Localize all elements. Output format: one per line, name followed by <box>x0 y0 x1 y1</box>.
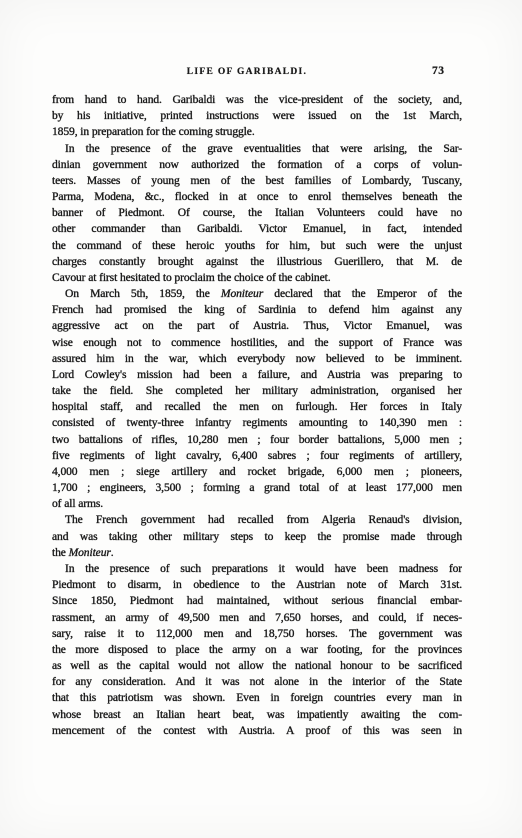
text-line: In the presence of the grave eventualiti… <box>52 141 462 157</box>
text-line: five regiments of light cavalry, 6,400 s… <box>52 448 462 464</box>
text-line: other commander than Garibaldi. Victor E… <box>52 221 462 237</box>
text-line: Lord Cowley's mission had been a failure… <box>52 367 462 383</box>
text-line: that this patriotism was shown. Even in … <box>52 690 462 706</box>
text-line: rassment, an army of 49,500 men and 7,65… <box>52 610 462 626</box>
text-line: 1,700 ; engineers, 3,500 ; forming a gra… <box>52 480 462 496</box>
text-line: teers. Masses of young men of the best f… <box>52 173 462 189</box>
text-line: The French government had recalled from … <box>52 512 462 528</box>
text-line: consisted of twenty-three infantry regim… <box>52 415 462 431</box>
text-line: assured him in the war, which everybody … <box>52 351 462 367</box>
page-body-text: from hand to hand. Garibaldi was the vic… <box>52 92 462 739</box>
text-line: wise enough not to commence hostilities,… <box>52 335 462 351</box>
text-line: whose breast an Italian heart beat, was … <box>52 707 462 723</box>
text-line: and was taking other military steps to k… <box>52 529 462 545</box>
text-line: hospital staff, and recalled the men on … <box>52 399 462 415</box>
text-line: mencement of the contest with Austria. A… <box>52 723 462 739</box>
text-line: 4,000 men ; siege artillery and rocket b… <box>52 464 462 480</box>
text-line: banner of Piedmont. Of course, the Itali… <box>52 205 462 221</box>
text-line: Cavour at first hesitated to proclaim th… <box>52 270 462 286</box>
text-line: by his initiative, printed instructions … <box>52 108 462 124</box>
text-line: the Moniteur. <box>52 545 462 561</box>
text-line: take the field. She completed her milita… <box>52 383 462 399</box>
text-line: from hand to hand. Garibaldi was the vic… <box>52 92 462 108</box>
text-line: sary, raise it to 112,000 men and 18,750… <box>52 626 462 642</box>
page-header-title: LIFE OF GARIBALDI. <box>42 67 452 77</box>
text-line: 1859, in preparation for the coming stru… <box>52 124 462 140</box>
text-line: Parma, Modena, &c., flocked in at once t… <box>52 189 462 205</box>
text-line: dinian government now authorized the for… <box>52 157 462 173</box>
running-header: LIFE OF GARIBALDI. <box>52 67 462 81</box>
text-line: the command of these heroic youths for h… <box>52 238 462 254</box>
text-line: French had promised the king of Sardinia… <box>52 302 462 318</box>
book-page: LIFE OF GARIBALDI. 73 from hand to hand.… <box>0 0 522 838</box>
text-line: charges constantly brought against the i… <box>52 254 462 270</box>
page-number: 73 <box>432 65 445 77</box>
text-line: the more disposed to place the army on a… <box>52 642 462 658</box>
text-line: Since 1850, Piedmont had maintained, wit… <box>52 593 462 609</box>
text-line: In the presence of such preparations it … <box>52 561 462 577</box>
text-line: for any consideration. And it was not al… <box>52 674 462 690</box>
text-line: aggressive act on the part of Austria. T… <box>52 318 462 334</box>
text-line: of all arms. <box>52 496 462 512</box>
text-line: two battalions of rifles, 10,280 men ; f… <box>52 432 462 448</box>
text-line: as well as the capital would not allow t… <box>52 658 462 674</box>
text-line: On March 5th, 1859, the Moniteur declare… <box>52 286 462 302</box>
text-line: Piedmont to disarm, in obedience to the … <box>52 577 462 593</box>
